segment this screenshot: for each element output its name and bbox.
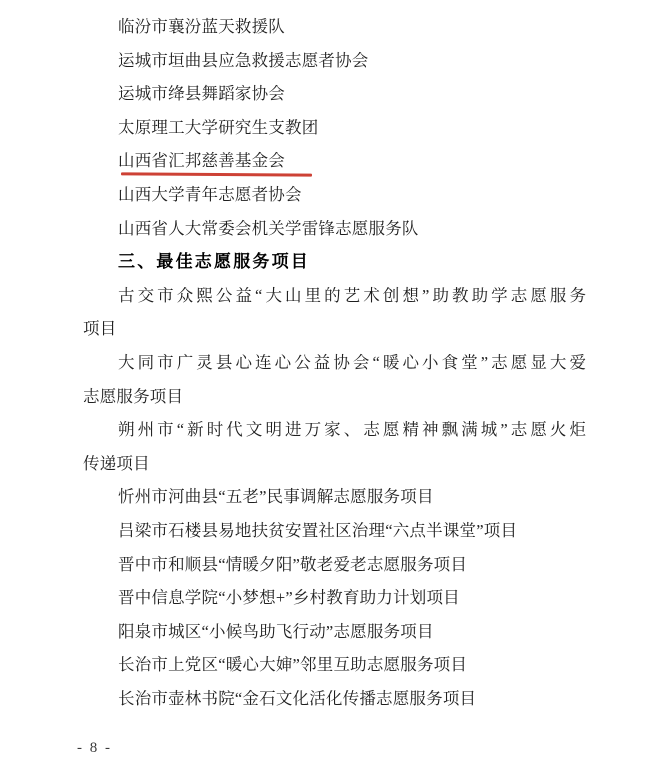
list-item-line: 大同市广灵县心连心公益协会“暖心小食堂”志愿显大爱 — [83, 346, 586, 380]
list-item: 山西省人大常委会机关学雷锋志愿服务队 — [83, 212, 586, 246]
document-body: 临汾市襄汾蓝天救援队 运城市垣曲县应急救援志愿者协会 运城市绛县舞蹈家协会 太原… — [83, 10, 586, 715]
list-item: 吕梁市石楼县易地扶贫安置社区治理“六点半课堂”项目 — [83, 514, 586, 548]
list-item: 临汾市襄汾蓝天救援队 — [83, 10, 586, 44]
list-item: 运城市绛县舞蹈家协会 — [83, 77, 586, 111]
underlined-org-name: 山西省汇邦慈善基金会 — [118, 151, 285, 170]
list-item: 山西大学青年志愿者协会 — [83, 178, 586, 212]
list-item: 忻州市河曲县“五老”民事调解志愿服务项目 — [83, 480, 586, 514]
list-item-continuation: 项目 — [83, 312, 586, 346]
list-item: 运城市垣曲县应急救援志愿者协会 — [83, 44, 586, 78]
list-item: 晋中信息学院“小梦想+”乡村教育助力计划项目 — [83, 581, 586, 615]
section-heading: 三、最佳志愿服务项目 — [83, 245, 586, 279]
list-item-line: 朔州市“新时代文明进万家、志愿精神飘满城”志愿火炬 — [83, 413, 586, 447]
list-item: 阳泉市城区“小候鸟助飞行动”志愿服务项目 — [83, 615, 586, 649]
page-number: - 8 - — [77, 737, 112, 759]
list-item: 晋中市和顺县“情暖夕阳”敬老爱老志愿服务项目 — [83, 548, 586, 582]
list-item: 太原理工大学研究生支教团 — [83, 111, 586, 145]
list-item-line: 古交市众熙公益“大山里的艺术创想”助教助学志愿服务 — [83, 279, 586, 313]
list-item-continuation: 志愿服务项目 — [83, 380, 586, 414]
list-item: 长治市上党区“暖心大婶”邻里互助志愿服务项目 — [83, 648, 586, 682]
list-item-continuation: 传递项目 — [83, 447, 586, 481]
list-item: 长治市壶林书院“金石文化活化传播志愿服务项目 — [83, 682, 586, 716]
document-page: 临汾市襄汾蓝天救援队 运城市垣曲县应急救援志愿者协会 运城市绛县舞蹈家协会 太原… — [0, 0, 670, 767]
